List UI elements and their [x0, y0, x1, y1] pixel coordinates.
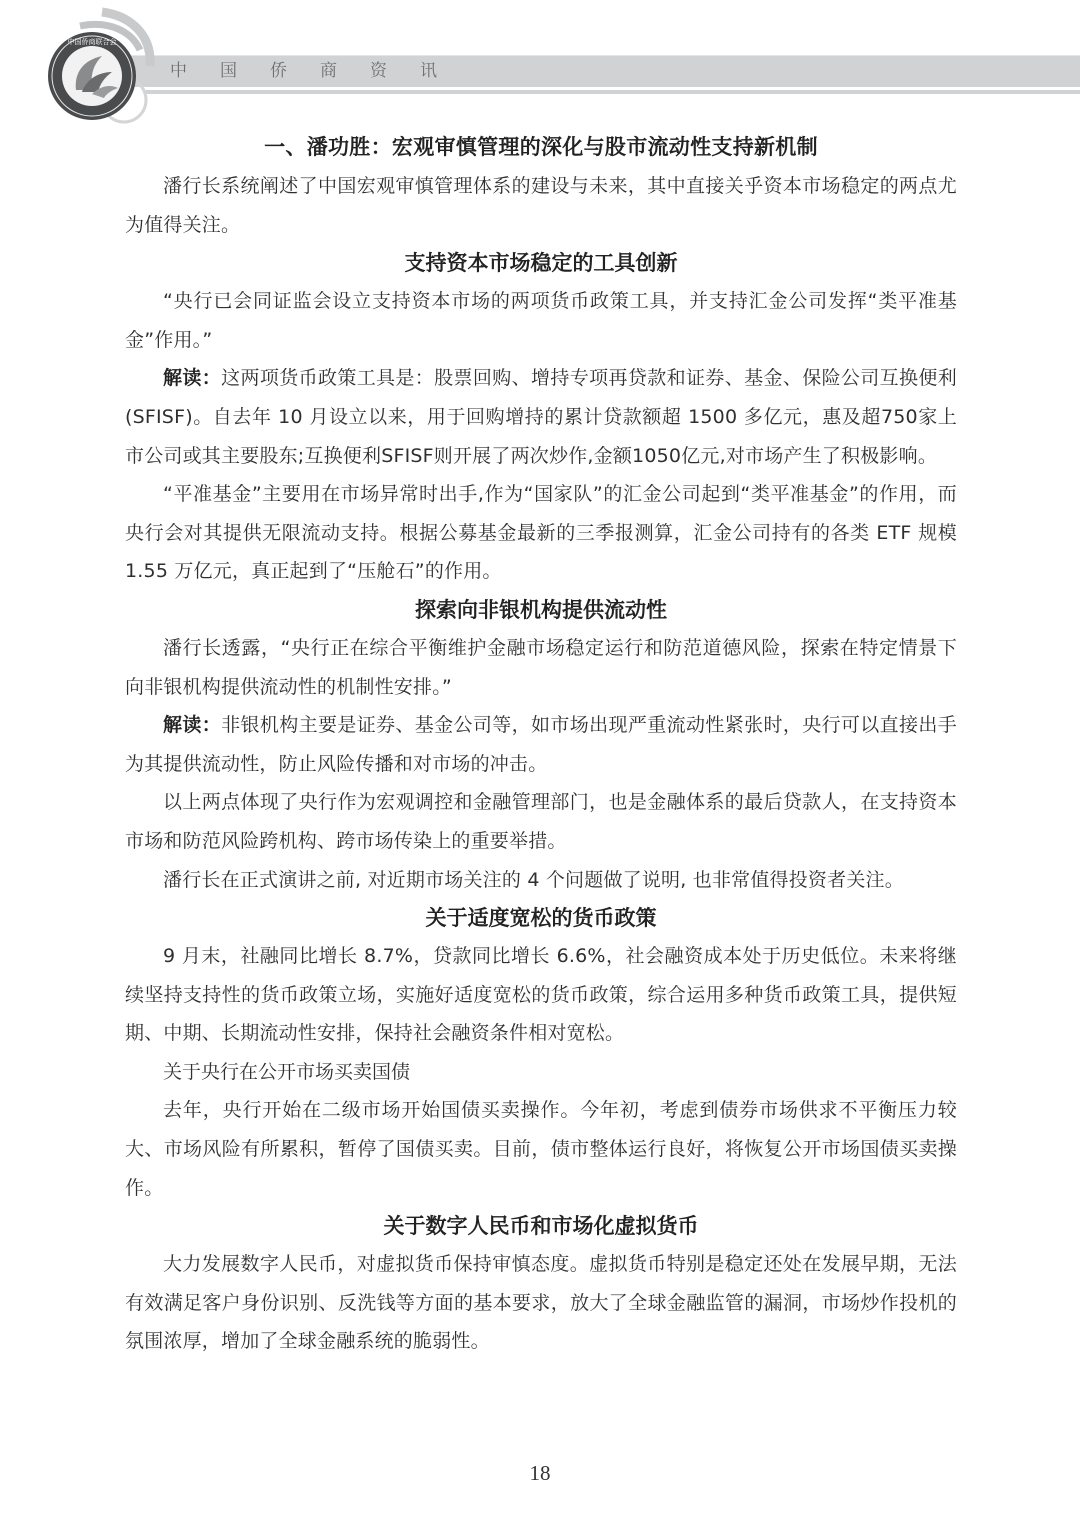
- article-body: 一、潘功胜：宏观审慎管理的深化与股市流动性支持新机制 潘行长系统阐述了中国宏观审…: [125, 127, 957, 1361]
- svg-text:中国侨商联合会: 中国侨商联合会: [68, 37, 117, 46]
- header-rule: [145, 90, 1080, 94]
- paragraph-text: 以上两点体现了央行作为宏观调控和金融管理部门，也是金融体系的最后贷款人，在支持资…: [125, 791, 957, 852]
- paragraph: “央行已会同证监会设立支持资本市场的两项货币政策工具，并支持汇金公司发挥“类平准…: [125, 282, 957, 359]
- interpretation-label: 解读：: [163, 714, 221, 736]
- paragraph: 以上两点体现了央行作为宏观调控和金融管理部门，也是金融体系的最后贷款人，在支持资…: [125, 783, 957, 860]
- paragraph: 解读：非银机构主要是证券、基金公司等，如市场出现严重流动性紧张时，央行可以直接出…: [125, 706, 957, 783]
- page-number: 18: [0, 1461, 1080, 1486]
- paragraph-text: “央行已会同证监会设立支持资本市场的两项货币政策工具，并支持汇金公司发挥“类平准…: [125, 290, 957, 351]
- section-heading: 支持资本市场稳定的工具创新: [125, 244, 957, 282]
- paragraph: 9 月末，社融同比增长 8.7%，贷款同比增长 6.6%，社会融资成本处于历史低…: [125, 937, 957, 1053]
- paragraph: “平准基金”主要用在市场异常时出手,作为“国家队”的汇金公司起到“类平准基金”的…: [125, 475, 957, 591]
- intro-paragraph: 潘行长系统阐述了中国宏观审慎管理体系的建设与未来，其中直接关乎资本市场稳定的两点…: [125, 167, 957, 244]
- subheading-inline: 关于央行在公开市场买卖国债: [125, 1053, 957, 1092]
- paragraph-text: 大力发展数字人民币，对虚拟货币保持审慎态度。虚拟货币特别是稳定还处在发展早期，无…: [125, 1253, 957, 1352]
- paragraph-text: 潘行长透露，“央行正在综合平衡维护金融市场稳定运行和防范道德风险，探索在特定情景…: [125, 637, 957, 698]
- paragraph-text: 非银机构主要是证券、基金公司等，如市场出现严重流动性紧张时，央行可以直接出手为其…: [125, 714, 957, 775]
- paragraph-text: 去年，央行开始在二级市场开始国债买卖操作。今年初，考虑到债券市场供求不平衡压力较…: [125, 1099, 957, 1198]
- section-heading: 关于适度宽松的货币政策: [125, 899, 957, 937]
- paragraph-text: 这两项货币政策工具是：股票回购、增持专项再贷款和证券、基金、保险公司互换便利 (…: [125, 367, 957, 466]
- paragraph: 去年，央行开始在二级市场开始国债买卖操作。今年初，考虑到债券市场供求不平衡压力较…: [125, 1091, 957, 1207]
- section-heading: 探索向非银机构提供流动性: [125, 591, 957, 629]
- paragraph: 解读：这两项货币政策工具是：股票回购、增持专项再贷款和证券、基金、保险公司互换便…: [125, 359, 957, 475]
- paragraph-text: 关于央行在公开市场买卖国债: [163, 1061, 410, 1083]
- article-title: 一、潘功胜：宏观审慎管理的深化与股市流动性支持新机制: [125, 127, 957, 167]
- publication-title: 中国侨商资讯: [170, 59, 470, 83]
- interpretation-label: 解读：: [163, 367, 221, 389]
- section-heading: 关于数字人民币和市场化虚拟货币: [125, 1207, 957, 1245]
- paragraph-text: 9 月末，社融同比增长 8.7%，贷款同比增长 6.6%，社会融资成本处于历史低…: [125, 945, 957, 1044]
- organization-logo-icon: 中国侨商联合会: [40, 6, 160, 128]
- paragraph-text: “平准基金”主要用在市场异常时出手,作为“国家队”的汇金公司起到“类平准基金”的…: [125, 483, 957, 582]
- paragraph: 潘行长在正式演讲之前, 对近期市场关注的 4 个问题做了说明, 也非常值得投资者…: [125, 861, 957, 900]
- paragraph-text: 潘行长在正式演讲之前, 对近期市场关注的 4 个问题做了说明, 也非常值得投资者…: [163, 869, 904, 891]
- paragraph: 潘行长透露，“央行正在综合平衡维护金融市场稳定运行和防范道德风险，探索在特定情景…: [125, 629, 957, 706]
- paragraph: 大力发展数字人民币，对虚拟货币保持审慎态度。虚拟货币特别是稳定还处在发展早期，无…: [125, 1245, 957, 1361]
